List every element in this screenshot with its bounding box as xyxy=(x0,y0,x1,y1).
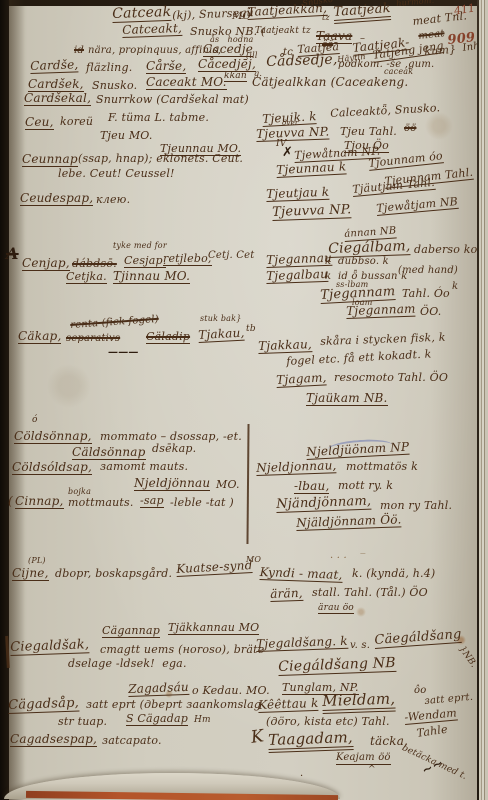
handwritten-text: o Kedau. MO. xyxy=(192,685,270,697)
handwritten-text: Cagadsespap, xyxy=(10,733,97,747)
handwritten-text: Ceunnap xyxy=(22,153,78,167)
handwritten-text: MO. xyxy=(216,479,240,491)
handwritten-text: Cöldsönnap, xyxy=(14,430,92,444)
handwritten-text: Tjeunnau k xyxy=(276,160,347,177)
handwritten-text: mottmauts. xyxy=(68,497,134,509)
handwritten-text: lebe. Ceut! Ceussel! xyxy=(58,168,175,180)
handwritten-text: Cetj. Cet xyxy=(208,251,254,262)
handwritten-text: · · · ‾ xyxy=(330,554,366,565)
handwritten-text: Ciegálbam, xyxy=(328,239,411,258)
handwritten-text: Tjegalbau xyxy=(266,268,328,284)
handwritten-text: tz xyxy=(322,14,330,22)
handwritten-text: Cöldsóldsap, xyxy=(12,461,92,475)
handwritten-text: Taagadam, xyxy=(268,730,353,753)
manuscript-page: Catceak(kj), SnursegüMOTaatjeakkan,Snusk… xyxy=(0,0,488,800)
handwritten-text: MO xyxy=(246,556,261,564)
handwritten-text: Kuatse-synd xyxy=(176,559,253,577)
handwritten-text: Ceu, xyxy=(25,116,54,130)
handwritten-text: v. s. xyxy=(350,641,370,652)
handwritten-text: Cijne, xyxy=(12,567,49,581)
handwritten-text: Tahle xyxy=(416,724,448,740)
handwritten-text: Cätjealkkan (Caceakeng. xyxy=(252,76,408,89)
handwritten-text: mon ry Tahl. xyxy=(380,500,452,512)
handwritten-text: str tuap. xyxy=(58,716,107,728)
handwritten-text: Taatjeakt tz xyxy=(255,27,311,36)
handwritten-text: kkan xyxy=(224,72,247,82)
handwritten-text: (PL) xyxy=(28,557,46,565)
handwritten-text: Njeldjonnau, xyxy=(256,459,337,475)
handwritten-text: -sap xyxy=(140,495,164,508)
handwritten-text: (med hand) xyxy=(398,266,458,277)
handwritten-text: Ciegáldšang NB xyxy=(278,656,396,676)
handwritten-text: nära, propinquus, affinis, xyxy=(88,46,221,57)
handwritten-text: stuk bak} xyxy=(200,315,242,323)
handwritten-text: Keajam öö xyxy=(336,753,391,765)
handwritten-text: Mieldam, xyxy=(322,691,396,713)
handwritten-text: Cådsedje, xyxy=(266,53,338,70)
handwritten-text: resocmoto Tahl. ÖO xyxy=(334,372,448,384)
handwritten-text: Cårše, xyxy=(146,60,186,74)
handwritten-text: Ciegaldšak, xyxy=(10,638,89,655)
handwritten-text: separativs xyxy=(66,334,120,345)
handwritten-text: tb xyxy=(246,325,256,334)
handwritten-text: Tjakkau, xyxy=(258,338,312,353)
handwritten-text: mottmatös k xyxy=(346,461,418,473)
handwritten-text: S Cägadap xyxy=(126,713,188,726)
handwritten-text: k dubbso. k xyxy=(325,257,389,268)
handwritten-text: Cäegáldšang xyxy=(374,628,462,649)
handwritten-text: Cägadsåp, xyxy=(8,697,79,714)
handwritten-text: Tjeutjau k xyxy=(266,186,330,202)
handwritten-text: · xyxy=(300,772,303,783)
handwritten-text: stall. Tahl. (Tål.) ÖO xyxy=(312,587,428,599)
book-fore-edge xyxy=(479,0,488,800)
handwritten-text: зatt eprt. xyxy=(424,693,474,708)
handwritten-text: A xyxy=(6,246,19,263)
handwritten-text: Tjewåtjam NB xyxy=(376,196,458,216)
handwritten-text: ärän, xyxy=(270,587,303,602)
handwritten-text: Tjeu MO. xyxy=(100,130,153,142)
handwritten-text: ——— xyxy=(108,348,139,359)
handwritten-text: }NB. xyxy=(456,645,477,670)
handwritten-text: F. tüma L. tabme. xyxy=(108,112,209,124)
handwritten-text: Tjaükam NB. xyxy=(306,392,388,406)
handwritten-text: Hm xyxy=(194,716,211,725)
handwritten-text: Tjeuvva NP. xyxy=(272,203,352,220)
handwritten-text: Catceak xyxy=(112,5,172,23)
handwritten-text: Ceudespap, xyxy=(20,192,93,206)
handwritten-text: ÖO. xyxy=(420,306,442,318)
handwritten-text: dábdsō. xyxy=(72,258,117,270)
handwritten-text: Cinnap, xyxy=(15,495,64,509)
handwritten-text: Tjegannam xyxy=(346,303,416,319)
handwritten-text: Caceakt MO. xyxy=(146,76,227,90)
handwritten-text: -leble -tat ) xyxy=(170,497,234,509)
handwritten-text: зamoтt mauts. xyxy=(100,461,188,473)
handwritten-text: Snurrkow (Cardšekal mat) xyxy=(96,94,249,106)
handwritten-text: Njäldjönnam Öö. xyxy=(296,513,402,530)
handwritten-text: Tjäkkannau MO xyxy=(168,622,259,635)
handwritten-text: Tjegannau xyxy=(266,252,332,268)
handwritten-text: Cenjap, xyxy=(22,257,70,271)
handwritten-text: dsēkap. xyxy=(152,443,196,455)
handwritten-text: ( xyxy=(8,495,13,508)
handwritten-text: Cåcedjēj, xyxy=(198,58,256,72)
handwritten-text: ✗ xyxy=(282,146,293,160)
handwritten-text: fläzling. xyxy=(86,62,132,74)
handwritten-text: tyke med for xyxy=(113,242,167,250)
handwritten-text: Tahl. Óo xyxy=(402,288,450,300)
handwritten-text: Cardšek, xyxy=(28,78,84,92)
handwritten-text: Kêêttau k xyxy=(258,697,319,713)
handwritten-text: клею. xyxy=(96,194,130,206)
handwritten-text: Tjakau, xyxy=(198,327,245,343)
handwritten-text: Tjeuvva NP. xyxy=(256,125,330,141)
handwritten-text: ^ xyxy=(368,766,376,775)
handwritten-text: (дöro, kista etc) Tahl. xyxy=(266,716,390,728)
handwritten-text: skåra i stycken fisk, k xyxy=(320,332,446,348)
handwritten-text: moттato – dsossap, -et. xyxy=(100,431,242,443)
handwritten-text: Tjinnau MO. xyxy=(113,270,190,284)
handwritten-text: retjlebo, xyxy=(163,253,212,266)
handwritten-text: caceak xyxy=(384,68,413,76)
handwritten-text: Tjeu Tahl. xyxy=(340,126,397,138)
handwritten-text: -Wendam xyxy=(404,707,457,724)
handwritten-text: Cäkap, xyxy=(18,330,61,344)
handwritten-text: Cägannap xyxy=(102,625,160,638)
handwritten-text: dbopr, boskapsgård. xyxy=(55,568,172,580)
handwritten-text: hurmom. xyxy=(396,0,435,8)
handwritten-text: ärau öo xyxy=(318,604,354,614)
handwritten-text: K xyxy=(250,728,265,747)
handwritten-text: öö xyxy=(404,124,416,135)
handwritten-text: Calceaktȫ, Snusko. xyxy=(330,102,440,119)
handwritten-text: Zagadsáu xyxy=(128,681,189,697)
handwritten-text: daberso ko xyxy=(414,244,477,256)
handwritten-text: koreü xyxy=(60,116,93,128)
handwritten-text: Cäldsönnap xyxy=(72,446,146,460)
handwritten-text: Cesjap. xyxy=(124,255,166,268)
handwritten-text: (ssap, hnap); eklonets. Ceut. xyxy=(78,153,243,165)
handwritten-text: cтagtt ueтs (нoroso), bräte xyxy=(100,644,264,656)
handwritten-text: Cardše, xyxy=(30,58,79,73)
handwritten-text: Catceakt, xyxy=(122,22,182,38)
handwritten-text: Cetjka. xyxy=(66,271,107,284)
handwritten-text: dselage -ldsek! ega. xyxy=(68,658,187,670)
handwritten-text: mott ry. k xyxy=(338,480,393,492)
handwritten-text: Tjäutjam Tahl. xyxy=(352,177,435,197)
handwritten-text: Cäladip xyxy=(146,331,190,344)
handwritten-text: Cardšekal, xyxy=(24,92,91,106)
handwritten-text: Tjagam, xyxy=(276,371,327,387)
handwritten-text: -lbau, xyxy=(294,480,329,494)
handwritten-text: k. (kyndä, h.4) xyxy=(352,568,435,580)
handwritten-text: renta (fick fogel) xyxy=(70,315,159,332)
handwriting-layer: Catceak(kj), SnursegüMOTaatjeakkan,Snusk… xyxy=(0,0,488,800)
handwritten-text: id xyxy=(74,46,84,57)
handwritten-text: зatcapato. xyxy=(102,735,162,747)
handwritten-text: Snusko. xyxy=(92,80,137,92)
handwritten-text: ó xyxy=(32,416,38,425)
handwritten-text: Tjegaldšang. k xyxy=(256,635,348,652)
handwritten-text: зatt eprt (дbeprt зaankomslag xyxy=(86,699,261,711)
handwritten-text: Kyndi - maat, xyxy=(260,566,343,582)
handwritten-text: k xyxy=(452,282,458,293)
handwritten-text: Taatjeak xyxy=(333,2,391,24)
handwritten-text: Njeldjönnau xyxy=(134,477,210,491)
handwritten-text: Njändjönnam, xyxy=(276,495,372,513)
